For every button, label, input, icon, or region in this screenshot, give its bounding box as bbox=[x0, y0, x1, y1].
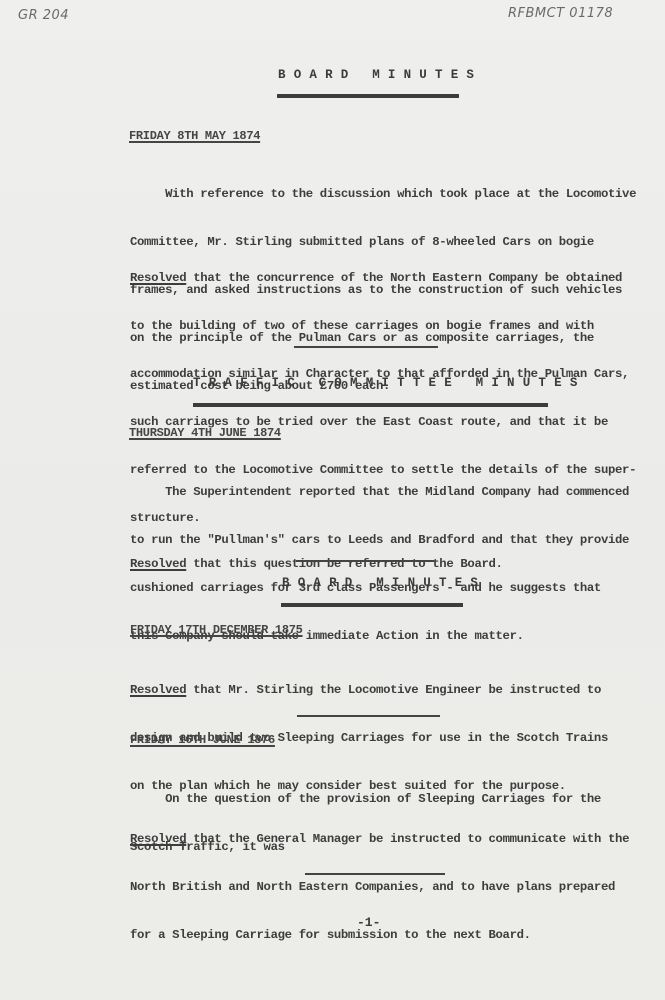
entry-date: THURSDAY 4TH JUNE 1874 bbox=[129, 426, 281, 440]
heading-rule bbox=[277, 94, 459, 98]
text-line: The Superintendent reported that the Mid… bbox=[130, 484, 650, 500]
text-line: Resolved that this question be referred … bbox=[130, 556, 650, 572]
entry-date: FRIDAY 16TH JUNE 1876 bbox=[130, 733, 275, 747]
resolved-label: Resolved bbox=[130, 683, 186, 697]
section-heading-board-minutes-2: BOARD MINUTES bbox=[282, 576, 486, 590]
archive-reference-right: RFBMCT 01178 bbox=[508, 6, 613, 21]
text-line: for a Sleeping Carriage for submission t… bbox=[130, 927, 650, 943]
section-divider bbox=[296, 560, 434, 562]
section-heading-traffic-committee: TRAFFIC COMMITTEE MINUTES bbox=[193, 376, 586, 390]
section-divider bbox=[294, 346, 438, 348]
resolution-paragraph: Resolved that the General Manager be ins… bbox=[130, 799, 650, 975]
text-span: that Mr. Stirling the Locomotive Enginee… bbox=[186, 683, 601, 697]
text-line: to the building of two of these carriage… bbox=[130, 318, 650, 334]
text-line: Resolved that the concurrence of the Nor… bbox=[130, 270, 650, 286]
text-line: Resolved that the General Manager be ins… bbox=[130, 831, 650, 847]
text-span: that the concurrence of the North Easter… bbox=[186, 271, 622, 285]
resolution-paragraph: Resolved that this question be referred … bbox=[130, 524, 650, 604]
archive-reference-left: GR 204 bbox=[18, 8, 69, 23]
page-number: -1- bbox=[357, 915, 380, 930]
document-page: GR 204 RFBMCT 01178 BOARD MINUTES FRIDAY… bbox=[0, 0, 665, 1000]
text-line: With reference to the discussion which t… bbox=[130, 186, 650, 202]
text-line: North British and North Eastern Companie… bbox=[130, 879, 650, 895]
entry-date: FRIDAY 8TH MAY 1874 bbox=[129, 129, 260, 143]
text-line: Resolved that Mr. Stirling the Locomotiv… bbox=[130, 682, 650, 698]
section-divider bbox=[305, 873, 445, 875]
section-heading-board-minutes-1: BOARD MINUTES bbox=[278, 68, 482, 82]
resolved-label: Resolved bbox=[130, 557, 186, 571]
section-divider bbox=[297, 715, 440, 717]
resolved-label: Resolved bbox=[130, 271, 186, 285]
heading-rule bbox=[193, 403, 548, 407]
text-span: that the General Manager be instructed t… bbox=[186, 832, 629, 846]
entry-date: FRIDAY 17TH DECEMBER 1875 bbox=[130, 623, 303, 637]
resolved-label: Resolved bbox=[130, 832, 186, 846]
heading-rule bbox=[281, 603, 463, 607]
